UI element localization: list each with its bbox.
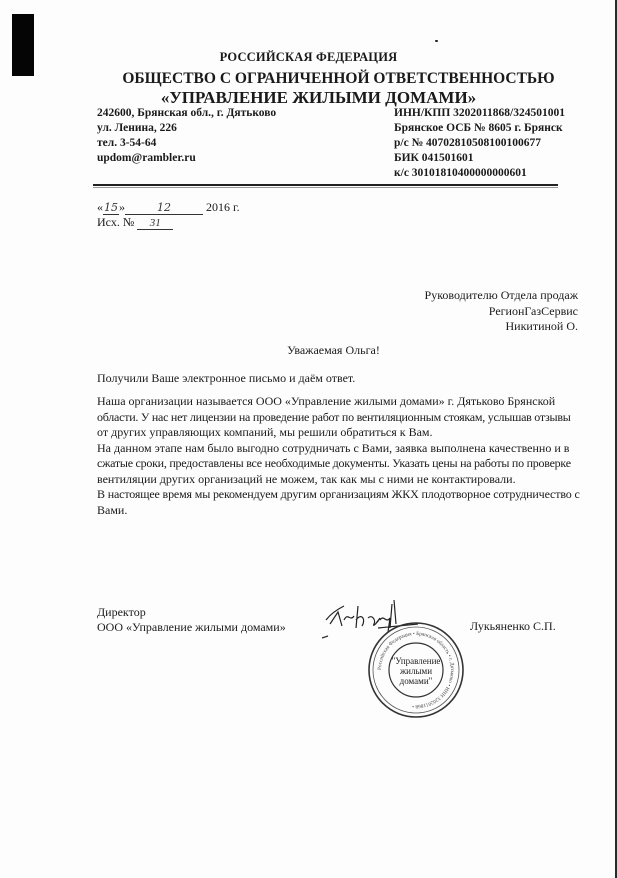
bank-line: БИК 041501601: [394, 151, 565, 166]
body-line: от других управляющих компаний, мы решил…: [97, 425, 602, 441]
bank-line: Брянское ОСБ № 8605 г. Брянск: [394, 121, 565, 136]
body-line: вентиляции других организаций не можем, …: [97, 472, 602, 488]
date-day: 15: [103, 201, 119, 215]
email-line: updom@rambler.ru: [97, 151, 276, 166]
body-line: В настоящее время мы рекомендуем другим …: [97, 487, 602, 503]
body-line: На данном этапе нам было выгодно сотрудн…: [97, 441, 602, 457]
addressee-line: РегионГазСервис: [425, 304, 578, 320]
letterhead-org-type: ОБЩЕСТВО С ОГРАНИЧЕННОЙ ОТВЕТСТВЕННОСТЬЮ: [0, 70, 617, 88]
address-line: ул. Ленина, 226: [97, 121, 276, 136]
addressee-line: Руководителю Отдела продаж: [425, 288, 578, 304]
signatory-position: Директор: [97, 605, 286, 620]
letterhead-divider: [93, 184, 558, 186]
outgoing-number-line: Исх. № 31: [97, 215, 173, 230]
svg-text:"Управление: "Управление: [392, 656, 441, 666]
signatory-name: Лукьяненко С.П.: [470, 619, 556, 634]
svg-text:жилыми: жилыми: [399, 666, 432, 676]
outgoing-number: 31: [137, 217, 173, 230]
letterhead-address-block: 242600, Брянская обл., г. Дятьково ул. Л…: [97, 106, 276, 166]
body-line: сжатые сроки, предоставлены все необходи…: [97, 456, 602, 472]
body-line: Наша организации называется ООО «Управле…: [97, 394, 602, 410]
body-paragraph: Наша организации называется ООО «Управле…: [97, 394, 602, 518]
letterhead-divider-thin: [93, 187, 558, 188]
bank-line: к/с 30101810400000000601: [394, 166, 565, 181]
addressee-block: Руководителю Отдела продаж РегионГазСерв…: [425, 288, 578, 335]
body-line: области. У нас нет лицензии на проведени…: [97, 410, 602, 426]
outgoing-label: Исх. №: [97, 215, 134, 229]
body-line: Вами.: [97, 503, 602, 519]
address-line: 242600, Брянская обл., г. Дятьково: [97, 106, 276, 121]
bank-line: р/с № 40702810508100100677: [394, 136, 565, 151]
addressee-line: Никитиной О.: [425, 319, 578, 335]
company-stamp: Российская Федерация • Брянская область …: [366, 620, 466, 720]
signatory-block: Директор ООО «Управление жилыми домами»: [97, 605, 286, 635]
bank-line: ИНН/КПП 3202011868/324501001: [394, 106, 565, 121]
letterhead-bank-details: ИНН/КПП 3202011868/324501001 Брянское ОС…: [394, 106, 565, 181]
date-month: 12: [125, 201, 203, 215]
salutation: Уважаемая Ольга!: [0, 343, 617, 358]
date-year: 2016 г.: [206, 200, 240, 214]
body-intro: Получили Ваше электронное письмо и даём …: [97, 371, 602, 387]
letterhead-org-name: «УПРАВЛЕНИЕ ЖИЛЫМИ ДОМАМИ»: [0, 88, 617, 108]
scan-registration-mark: [12, 14, 34, 76]
scan-speck: [435, 40, 438, 42]
phone-line: тел. 3-54-64: [97, 136, 276, 151]
svg-text:домами": домами": [400, 676, 433, 686]
letter-date: «15»12 2016 г.: [97, 200, 240, 215]
letterhead-country: РОССИЙСКАЯ ФЕДЕРАЦИЯ: [0, 50, 617, 65]
signatory-organization: ООО «Управление жилыми домами»: [97, 620, 286, 635]
